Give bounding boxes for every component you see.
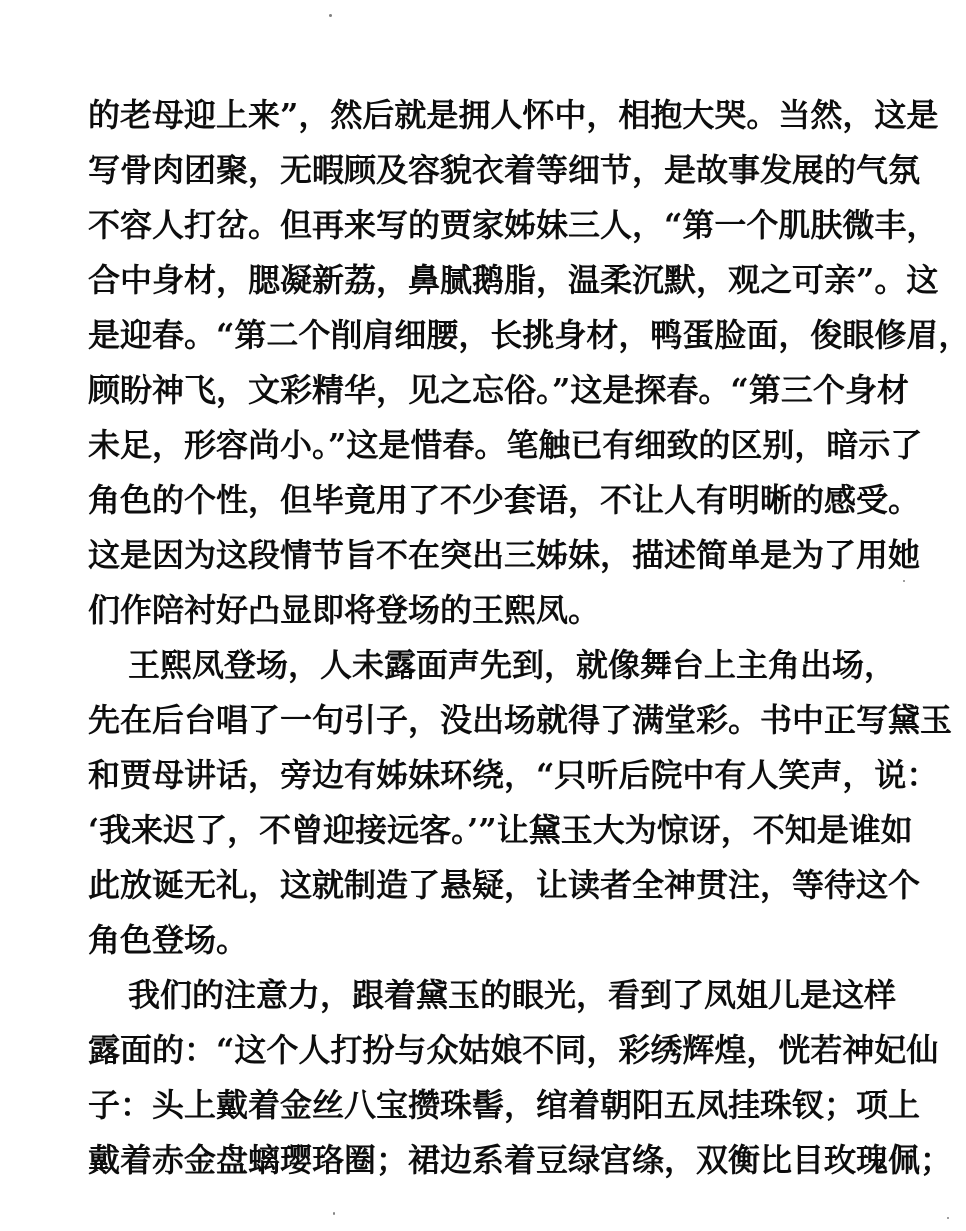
text-line: 子：头上戴着金丝八宝攒珠髻，绾着朝阳五凤挂珠钗；项上 xyxy=(88,1078,866,1133)
text-line: 这是因为这段情节旨不在突出三姊妹，描述简单是为了用她 xyxy=(88,528,866,583)
scanned-book-page: 的老母迎上来”，然后就是拥人怀中，相抱大哭。当然，这是 写骨肉团聚，无暇顾及容貌… xyxy=(0,0,966,1231)
text-line: 我们的注意力，跟着黛玉的眼光，看到了凤姐儿是这样 xyxy=(88,968,866,1023)
text-line: 写骨肉团聚，无暇顾及容貌衣着等细节，是故事发展的气氛 xyxy=(88,143,866,198)
text-line: 合中身材，腮凝新荔，鼻腻鹅脂，温柔沉默，观之可亲”。这 xyxy=(88,253,866,308)
text-line: 先在后台唱了一句引子，没出场就得了满堂彩。书中正写黛玉 xyxy=(88,693,866,748)
text-line: 露面的：“这个人打扮与众姑娘不同，彩绣辉煌，恍若神妃仙 xyxy=(88,1023,866,1078)
text-line: 的老母迎上来”，然后就是拥人怀中，相抱大哭。当然，这是 xyxy=(88,88,866,143)
scan-speck xyxy=(903,580,905,582)
text-line: 戴着赤金盘螭璎珞圈；裙边系着豆绿宫绦，双衡比目玫瑰佩； xyxy=(88,1133,866,1188)
text-line: 不容人打岔。但再来写的贾家姊妹三人，“第一个肌肤微丰， xyxy=(88,198,866,253)
text-line: 和贾母讲话，旁边有姊妹环绕，“只听后院中有人笑声，说： xyxy=(88,748,866,803)
text-line: 们作陪衬好凸显即将登场的王熙凤。 xyxy=(88,583,866,638)
text-line: 王熙凤登场，人未露面声先到，就像舞台上主角出场， xyxy=(88,638,866,693)
body-text: 的老母迎上来”，然后就是拥人怀中，相抱大哭。当然，这是 写骨肉团聚，无暇顾及容貌… xyxy=(88,88,866,1188)
text-line: 角色登场。 xyxy=(88,913,866,968)
text-line: 此放诞无礼，这就制造了悬疑，让读者全神贯注，等待这个 xyxy=(88,858,866,913)
text-line: 是迎春。“第二个削肩细腰，长挑身材，鸭蛋脸面，俊眼修眉， xyxy=(88,308,866,363)
text-line: 顾盼神飞，文彩精华，见之忘俗。”这是探春。“第三个身材 xyxy=(88,363,866,418)
text-line: 未足，形容尚小。”这是惜春。笔触已有细致的区别，暗示了 xyxy=(88,418,866,473)
text-line: ‘我来迟了，不曾迎接远客。’”让黛玉大为惊讶，不知是谁如 xyxy=(88,803,866,858)
scan-speck xyxy=(329,14,332,17)
scan-speck xyxy=(947,1217,949,1219)
text-line: 角色的个性，但毕竟用了不少套语，不让人有明晰的感受。 xyxy=(88,473,866,528)
scan-speck xyxy=(333,1212,335,1215)
